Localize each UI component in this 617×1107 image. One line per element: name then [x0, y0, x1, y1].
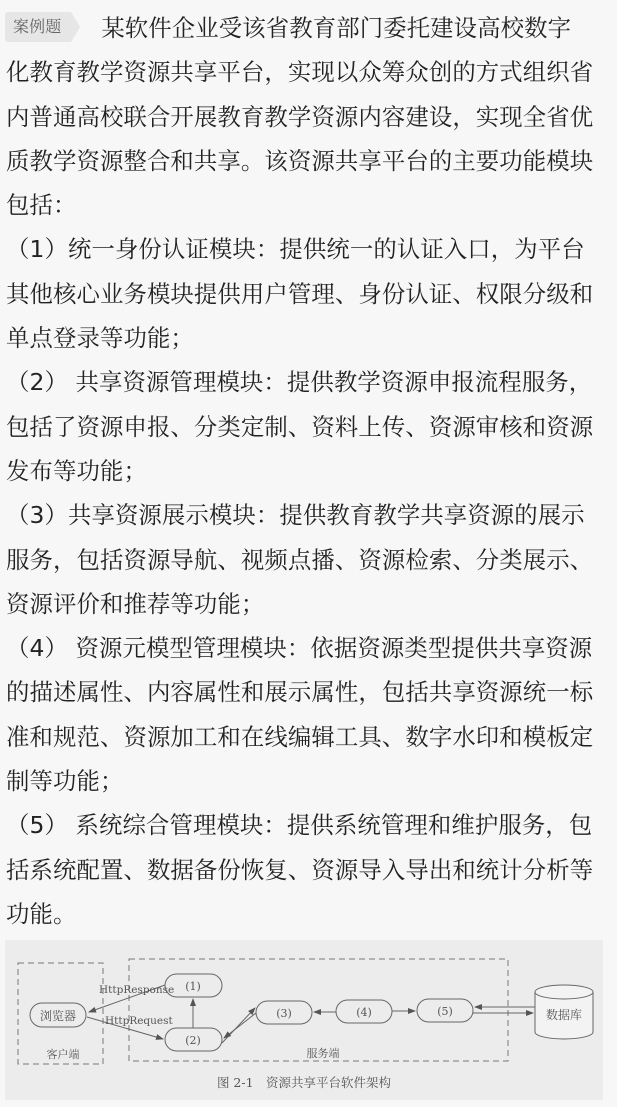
intro-line-5: 包括：	[6, 183, 612, 227]
intro-text: 某软件企业受该省教育部门委托建设高校数字	[101, 14, 571, 42]
response-label: HttpResponse	[99, 984, 174, 996]
module2-line-1: （2） 共享资源管理模块：提供教学资源申报流程服务，	[6, 360, 612, 404]
figure-caption: 图 2-1 资源共享平台软件架构	[5, 1073, 603, 1091]
node-4-label: (4)	[356, 1006, 372, 1019]
node3-to-node2-arrow	[224, 1013, 256, 1038]
node-5-label: (5)	[437, 1005, 453, 1018]
module1-line-2: 其他核心业务模块提供用户管理、身份认证、权限分级和	[6, 272, 612, 316]
question-type-tag: 案例题	[5, 12, 71, 42]
module4-line-4: 制等功能；	[6, 759, 612, 803]
database-label: 数据库	[546, 1007, 582, 1022]
request-label: HttpRequest	[105, 1015, 174, 1027]
module5-line-3: 功能。	[6, 892, 612, 936]
module5-line-1: （5） 系统综合管理模块：提供系统管理和维护服务，包	[6, 803, 612, 847]
node-2-label: (2)	[185, 1034, 201, 1047]
node2-to-node3-arrow	[222, 1008, 255, 1043]
module3-line-3: 资源评价和推荐等功能；	[6, 582, 612, 626]
architecture-figure: 浏览器 (1) (2) (3) (4) (5) 数据库	[5, 940, 603, 1100]
server-region-label: 服务端	[307, 1046, 340, 1060]
intro-line-3: 内普通高校联合开展教育教学资源内容建设，实现全省优	[6, 95, 612, 139]
intro-line-1: 案例题某软件企业受该省教育部门委托建设高校数字	[6, 6, 612, 50]
module4-line-1: （4） 资源元模型管理模块：依据资源类型提供共享资源	[6, 626, 612, 670]
module4-line-3: 准和规范、资源加工和在线编辑工具、数字水印和模板定	[6, 715, 612, 759]
module1-line-3: 单点登录等功能；	[6, 316, 612, 360]
module3-line-1: （3）共享资源展示模块：提供教育教学共享资源的展示	[6, 493, 612, 537]
question-text: 案例题某软件企业受该省教育部门委托建设高校数字 化教育教学资源共享平台，实现以众…	[6, 6, 612, 1025]
node-1-label: (1)	[185, 980, 201, 993]
module5-line-2: 括系统配置、数据备份恢复、资源导入导出和统计分析等	[6, 848, 612, 892]
module4-line-2: 的描述属性、内容属性和展示属性，包括共享资源统一标	[6, 670, 612, 714]
module1-line-1: （1）统一身份认证模块：提供统一的认证入口，为平台	[6, 227, 612, 271]
intro-line-2: 化教育教学资源共享平台，实现以众筹众创的方式组织省	[6, 50, 612, 94]
module3-line-2: 服务，包括资源导航、视频点播、资源检索、分类展示、	[6, 538, 612, 582]
client-region-label: 客户端	[47, 1047, 80, 1061]
node-3-label: (3)	[276, 1007, 292, 1020]
browser-label: 浏览器	[40, 1008, 76, 1023]
module2-line-2: 包括了资源申报、分类定制、资料上传、资源审核和资源	[6, 405, 612, 449]
intro-line-4: 质教学资源整合和共享。该资源共享平台的主要功能模块	[6, 139, 612, 183]
module2-line-3: 发布等功能；	[6, 449, 612, 493]
